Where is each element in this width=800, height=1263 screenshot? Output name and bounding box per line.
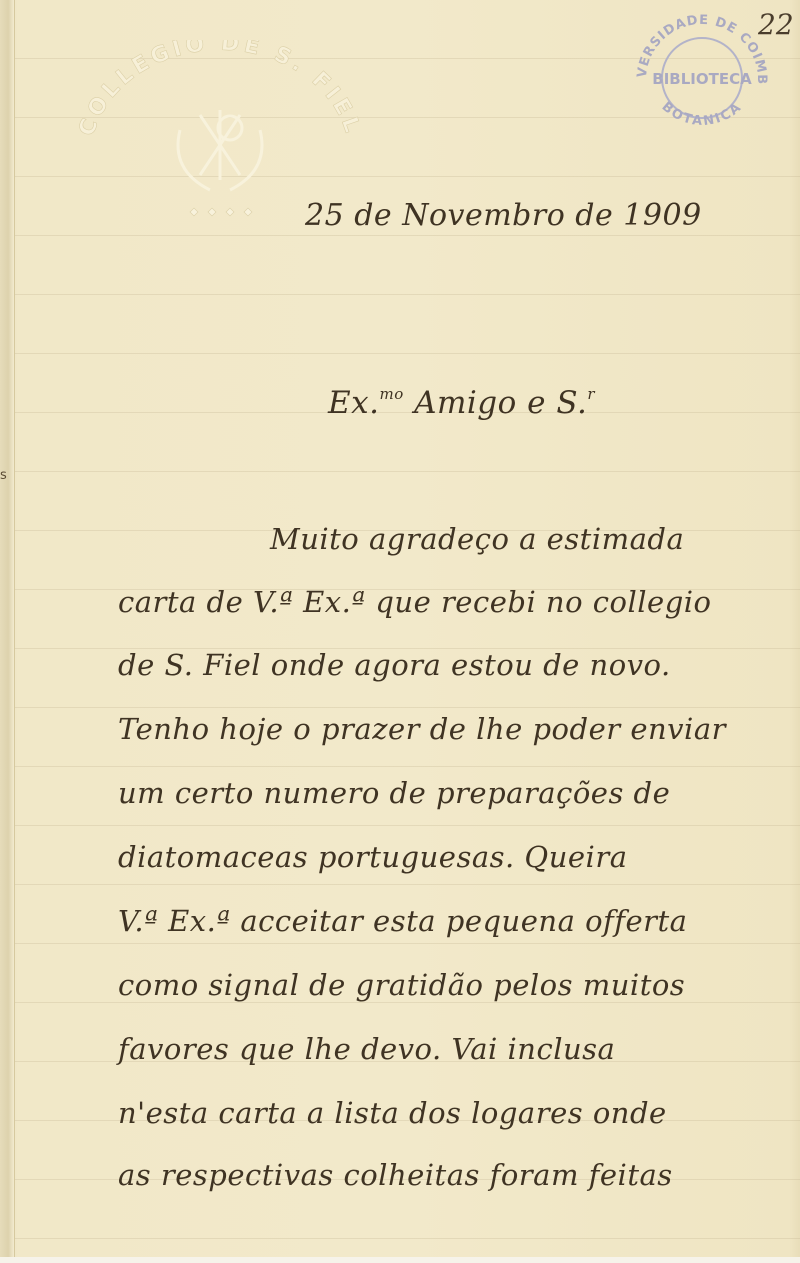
- salutation-rest-sup: r: [587, 385, 595, 403]
- page-left-edge: [0, 0, 15, 1263]
- body-line: diatomaceas portuguesas. Queira: [118, 840, 627, 874]
- body-line: n'esta carta a lista dos logares onde: [118, 1096, 667, 1130]
- salutation-prefix-sup: mo: [379, 385, 403, 403]
- body-line: Muito agradeço a estimada: [270, 522, 684, 556]
- library-stamp: UNIVERSIDADE DE COIMBRA BIBLIOTECA BOTAN…: [632, 10, 772, 140]
- body-line: as respectivas colheitas foram feitas: [118, 1158, 673, 1192]
- page-bottom-edge: [0, 1257, 800, 1263]
- stamp-center-text: BIBLIOTECA: [652, 70, 752, 88]
- salutation-prefix: Ex.: [328, 385, 379, 421]
- body-line: de S. Fiel onde agora estou de novo.: [118, 648, 671, 682]
- folio-number: 22: [758, 8, 794, 41]
- emboss-stars-icon: [190, 208, 252, 216]
- salutation-rest: Amigo e S.: [414, 385, 587, 421]
- monogram-wreath-icon: [178, 110, 262, 190]
- svg-text:BOTANICA: BOTANICA: [659, 99, 746, 129]
- body-line: Tenho hoje o prazer de lhe poder enviar: [118, 712, 726, 746]
- salutation: Ex.mo Amigo e S.r: [328, 385, 595, 421]
- body-line: carta de V.ª Ex.ª que recebi no collegio: [118, 585, 712, 619]
- letter-page: s COLLEGIO DE S. FIEL: [0, 0, 800, 1263]
- left-margin-mark: s: [0, 468, 7, 483]
- body-line: V.ª Ex.ª acceitar esta pequena offerta: [118, 904, 687, 938]
- body-line: como signal de gratidão pelos muitos: [118, 968, 685, 1002]
- body-line: um certo numero de preparações de: [118, 776, 670, 810]
- body-line: favores que lhe devo. Vai inclusa: [118, 1032, 615, 1066]
- date-line: 25 de Novembro de 1909: [305, 198, 702, 233]
